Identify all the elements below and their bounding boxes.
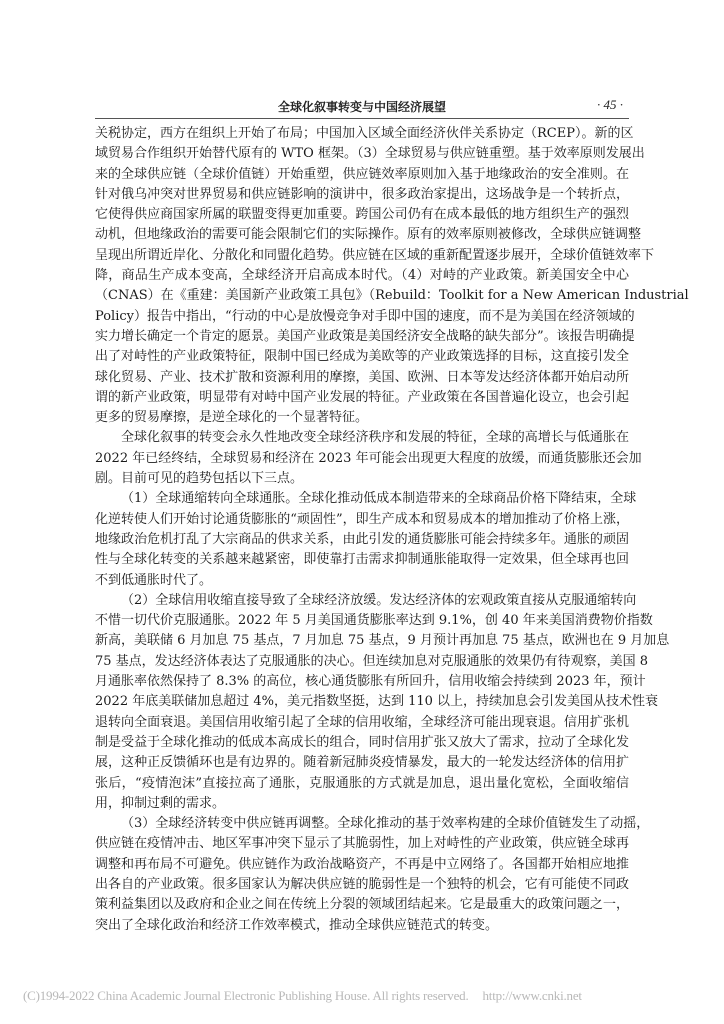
text-line: 呈现出所谓近岸化、分散化和同盟化趋势。供应链在区域的重新配置逐步展开，全球价值链… bbox=[95, 246, 629, 266]
body-text: 关税协定，西方在组织上开始了布局；中国加入区域全面经济伙伴关系协定（RCEP）。… bbox=[95, 124, 629, 936]
text-line: 来的全球供应链（全球价值链）开始重塑，供应链效率原则加入基于地缘政治的安全准则。… bbox=[95, 165, 629, 185]
text-line: （2）全球信用收缩直接导致了全球经济放缓。发达经济体的宏观政策直接从克服通缩转向 bbox=[95, 591, 629, 611]
text-line: 75 基点，发达经济体表达了克服通胀的决心。但连续加息对克服通胀的效果仍有待观察… bbox=[95, 652, 629, 672]
text-line: 剧。目前可见的趋势包括以下三点。 bbox=[95, 469, 629, 489]
text-line: 制是受益于全球化推动的低成本高成长的组合，同时信用扩张又放大了需求，拉动了全球化… bbox=[95, 733, 629, 753]
running-title: 全球化叙事转变与中国经济展望 bbox=[95, 98, 629, 115]
text-line: 出了对峙性的产业政策特征，限制中国已经成为美欧等的产业政策选择的目标，这直接引发… bbox=[95, 347, 629, 367]
text-line: 动机，但地缘政治的需要可能会限制它们的实际操作。原有的效率原则被修改，全球供应链… bbox=[95, 225, 629, 245]
text-line: 球化贸易、产业、技术扩散和资源利用的摩擦，美国、欧洲、日本等发达经济体都开始启动… bbox=[95, 368, 629, 388]
text-line: 月通胀率依然保持了 8.3% 的高位，核心通货膨胀有所回升，信用收缩会持续到 2… bbox=[95, 672, 629, 692]
text-line: 供应链在疫情冲击、地区军事冲突下显示了其脆弱性，加上对峙性的产业政策，供应链全球… bbox=[95, 834, 629, 854]
text-line: 域贸易合作组织开始替代原有的 WTO 框架。（3）全球贸易与供应链重塑。基于效率… bbox=[95, 144, 629, 164]
text-line: 关税协定，西方在组织上开始了布局；中国加入区域全面经济伙伴关系协定（RCEP）。… bbox=[95, 124, 629, 144]
text-line: （CNAS）在《重建：美国新产业政策工具包》（Rebuild：Toolkit f… bbox=[95, 286, 629, 306]
text-line: 化逆转使人们开始讨论通货膨胀的“顽固性”，即生产成本和贸易成本的增加推动了价格上… bbox=[95, 510, 629, 530]
paragraph: （2）全球信用收缩直接导致了全球经济放缓。发达经济体的宏观政策直接从克服通缩转向… bbox=[95, 591, 629, 814]
text-line: 张后，“疫情泡沫”直接拉高了通胀，克服通胀的方式就是加息，退出量化宽松，全面收缩… bbox=[95, 774, 629, 794]
text-line: 针对俄乌冲突对世界贸易和供应链影响的演讲中，很多政治家提出，这场战争是一个转折点… bbox=[95, 185, 629, 205]
text-line: 不惜一切代价克服通胀。2022 年 5 月美国通货膨胀率达到 9.1%，创 40… bbox=[95, 611, 629, 631]
text-line: 实力增长确定一个肯定的愿景。美国产业政策是美国经济安全战略的缺失部分”。该报告明… bbox=[95, 327, 629, 347]
text-line: 调整和再布局不可避免。供应链作为政治战略资产，不再是中立网络了。各国都开始相应地… bbox=[95, 855, 629, 875]
text-line: 退转向全面衰退。美国信用收缩引起了全球的信用收缩，全球经济可能出现衰退。信用扩张… bbox=[95, 713, 629, 733]
paragraph: （3）全球经济转变中供应链再调整。全球化推动的基于效率构建的全球价值链发生了动摇… bbox=[95, 814, 629, 936]
text-line: 不到低通胀时代了。 bbox=[95, 571, 629, 591]
text-line: （1）全球通缩转向全球通胀。全球化推动低成本制造带来的全球商品价格下降结束，全球 bbox=[95, 489, 629, 509]
text-line: 降，商品生产成本变高，全球经济开启高成本时代。（4）对峙的产业政策。新美国安全中… bbox=[95, 266, 629, 286]
text-line: 出各自的产业政策。很多国家认为解决供应链的脆弱性是一个独特的机会，它有可能使不同… bbox=[95, 875, 629, 895]
page-header: 全球化叙事转变与中国经济展望 · 45 · bbox=[95, 96, 629, 119]
copyright-text: (C)1994-2022 China Academic Journal Elec… bbox=[23, 988, 469, 1003]
text-line: 策利益集团以及政府和企业之间在传统上分裂的领域团结起来。它是最重大的政策问题之一… bbox=[95, 895, 629, 915]
paragraph: （1）全球通缩转向全球通胀。全球化推动低成本制造带来的全球商品价格下降结束，全球… bbox=[95, 489, 629, 590]
text-line: 用，抑制过剩的需求。 bbox=[95, 794, 629, 814]
text-line: 更多的贸易摩擦，是逆全球化的一个显著特征。 bbox=[95, 408, 629, 428]
text-line: Policy）报告中指出，“行动的中心是放慢竞争对手即中国的速度，而不是为美国在… bbox=[95, 307, 629, 327]
page-number: · 45 · bbox=[597, 97, 623, 113]
text-line: 展，这种正反馈循环也是有边界的。随着新冠肺炎疫情暴发，最大的一轮发达经济体的信用… bbox=[95, 753, 629, 773]
text-line: 2022 年底美联储加息超过 4%，美元指数坚挺，达到 110 以上，持续加息会… bbox=[95, 692, 629, 712]
text-line: 谓的新产业政策，明显带有对峙中国产业发展的特征。产业政策在各国普遍化设立，也会引… bbox=[95, 388, 629, 408]
paragraph: 关税协定，西方在组织上开始了布局；中国加入区域全面经济伙伴关系协定（RCEP）。… bbox=[95, 124, 629, 428]
text-line: 性与全球化转变的关系越来越紧密，即使靠打击需求抑制通胀能取得一定效果，但全球再也… bbox=[95, 550, 629, 570]
text-line: 2022 年已经终结，全球贸易和经济在 2023 年可能会出现更大程度的放缓，而… bbox=[95, 449, 629, 469]
text-line: 它使得供应商国家所属的联盟变得更加重要。跨国公司仍有在成本最低的地方组织生产的强… bbox=[95, 205, 629, 225]
text-line: 突出了全球化政治和经济工作效率模式，推动全球供应链范式的转变。 bbox=[95, 916, 629, 936]
copyright-footer: (C)1994-2022 China Academic Journal Elec… bbox=[23, 988, 582, 1004]
paragraph: 全球化叙事的转变会永久性地改变全球经济秩序和发展的特征，全球的高增长与低通胀在2… bbox=[95, 428, 629, 489]
text-line: 全球化叙事的转变会永久性地改变全球经济秩序和发展的特征，全球的高增长与低通胀在 bbox=[95, 428, 629, 448]
text-line: （3）全球经济转变中供应链再调整。全球化推动的基于效率构建的全球价值链发生了动摇… bbox=[95, 814, 629, 834]
footer-url: http://www.cnki.net bbox=[483, 988, 582, 1003]
text-line: 新高，美联储 6 月加息 75 基点，7 月加息 75 基点，9 月预计再加息 … bbox=[95, 631, 629, 651]
text-line: 地缘政治危机打乱了大宗商品的供求关系，由此引发的通货膨胀可能会持续多年。通胀的顽… bbox=[95, 530, 629, 550]
